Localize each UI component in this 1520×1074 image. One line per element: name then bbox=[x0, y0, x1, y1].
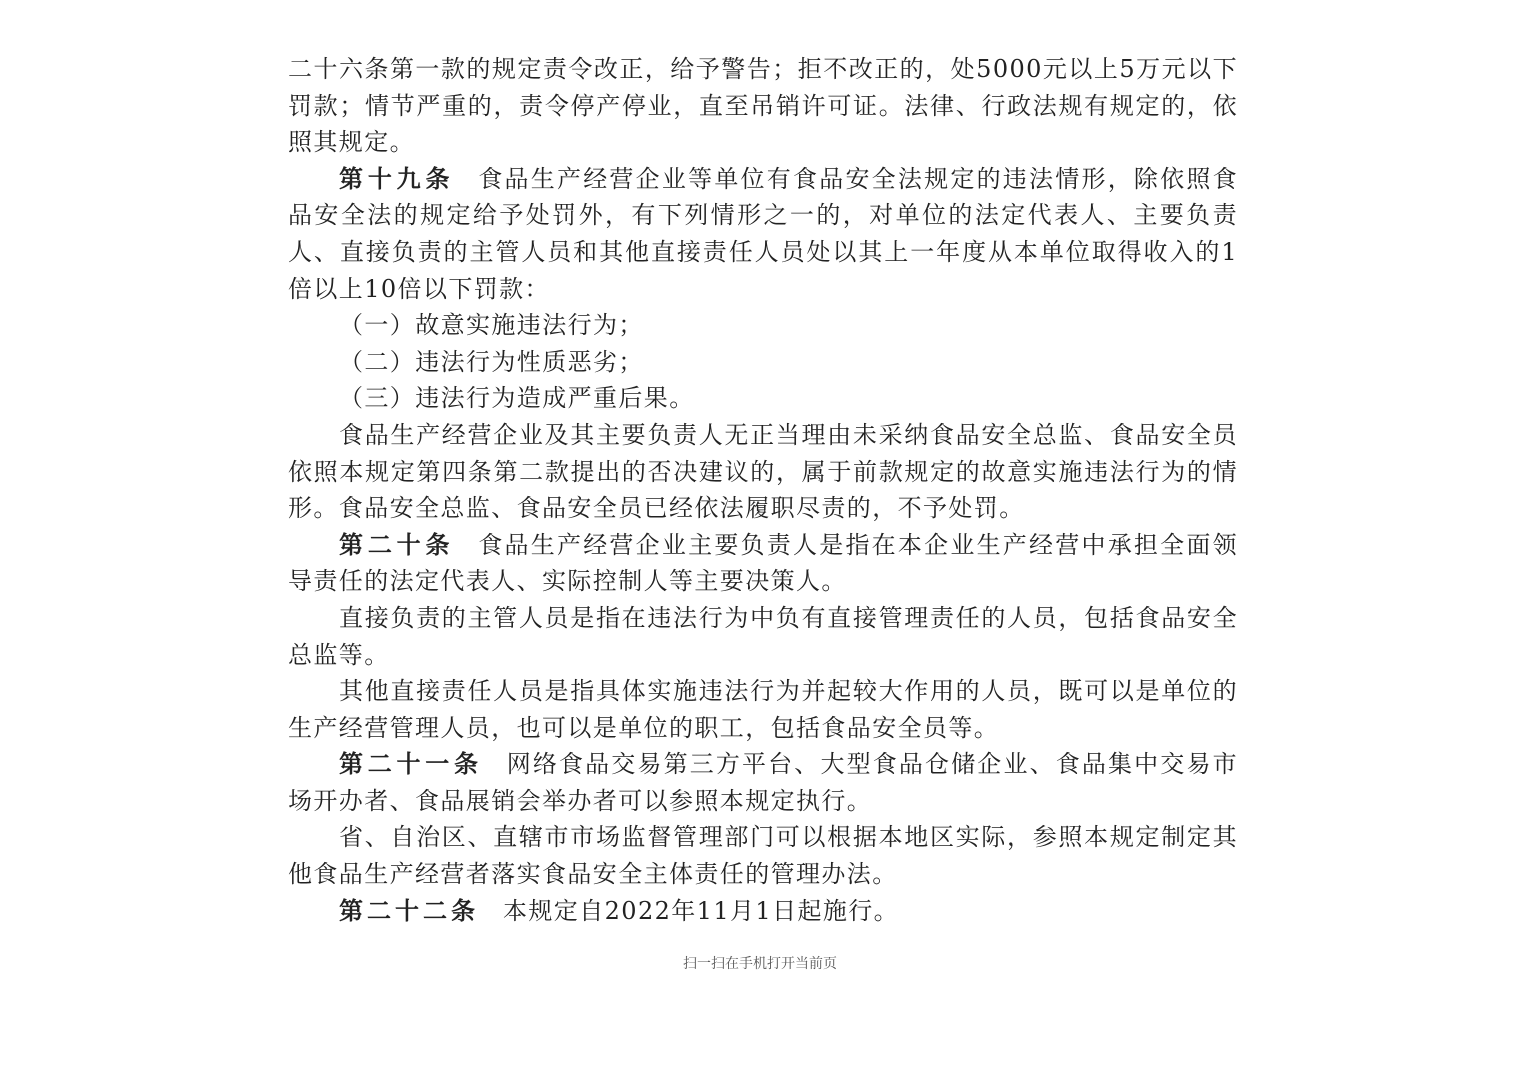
text-line: 二十六条第一款的规定责令改正，给予警告；拒不改正的，处5000元以上5万元以下 bbox=[288, 51, 1238, 88]
article-number: 第二十二条 bbox=[339, 896, 479, 925]
article-number: 第二十一条 bbox=[339, 749, 483, 778]
text-line: 倍以上10倍以下罚款： bbox=[288, 271, 1238, 308]
text-line: 第二十二条本规定自2022年11月1日起施行。 bbox=[288, 893, 1238, 930]
article-text: 网络食品交易第三方平台、大型食品仓储企业、食品集中交易市 bbox=[507, 750, 1238, 778]
text-line: 食品生产经营企业及其主要负责人无正当理由未采纳食品安全总监、食品安全员 bbox=[288, 417, 1238, 454]
document-page: 二十六条第一款的规定责令改正，给予警告；拒不改正的，处5000元以上5万元以下 … bbox=[288, 51, 1238, 929]
text-line: 第十九条食品生产经营企业等单位有食品安全法规定的违法情形，除依照食 bbox=[288, 161, 1238, 198]
paragraph-continuation: 二十六条第一款的规定责令改正，给予警告；拒不改正的，处5000元以上5万元以下 … bbox=[288, 51, 1238, 161]
text-line: 第二十一条网络食品交易第三方平台、大型食品仓储企业、食品集中交易市 bbox=[288, 746, 1238, 783]
paragraph: 食品生产经营企业及其主要负责人无正当理由未采纳食品安全总监、食品安全员 依照本规… bbox=[288, 417, 1238, 527]
text-line: 人、直接负责的主管人员和其他直接责任人员处以其上一年度从本单位取得收入的1 bbox=[288, 234, 1238, 271]
list-item: （二）违法行为性质恶劣； bbox=[288, 344, 1238, 381]
text-line: 第二十条食品生产经营企业主要负责人是指在本企业生产经营中承担全面领 bbox=[288, 527, 1238, 564]
paragraph: 直接负责的主管人员是指在违法行为中负有直接管理责任的人员，包括食品安全 总监等。 bbox=[288, 600, 1238, 673]
text-line: 总监等。 bbox=[288, 637, 1238, 674]
text-line: 生产经营管理人员，也可以是单位的职工，包括食品安全员等。 bbox=[288, 710, 1238, 747]
article-20: 第二十条食品生产经营企业主要负责人是指在本企业生产经营中承担全面领 导责任的法定… bbox=[288, 527, 1238, 600]
text-line: 场开办者、食品展销会举办者可以参照本规定执行。 bbox=[288, 783, 1238, 820]
text-line: 直接负责的主管人员是指在违法行为中负有直接管理责任的人员，包括食品安全 bbox=[288, 600, 1238, 637]
article-number: 第二十条 bbox=[339, 530, 454, 559]
text-line: 形。食品安全总监、食品安全员已经依法履职尽责的，不予处罚。 bbox=[288, 490, 1238, 527]
article-text: 本规定自2022年11月1日起施行。 bbox=[503, 897, 899, 925]
text-line: 导责任的法定代表人、实际控制人等主要决策人。 bbox=[288, 563, 1238, 600]
article-number: 第十九条 bbox=[339, 164, 454, 193]
article-19: 第十九条食品生产经营企业等单位有食品安全法规定的违法情形，除依照食 品安全法的规… bbox=[288, 161, 1238, 307]
text-line: 他食品生产经营者落实食品安全主体责任的管理办法。 bbox=[288, 856, 1238, 893]
article-text: 食品生产经营企业主要负责人是指在本企业生产经营中承担全面领 bbox=[478, 531, 1238, 559]
article-22: 第二十二条本规定自2022年11月1日起施行。 bbox=[288, 893, 1238, 930]
article-text: 食品生产经营企业等单位有食品安全法规定的违法情形，除依照食 bbox=[478, 165, 1238, 193]
text-line: 其他直接责任人员是指具体实施违法行为并起较大作用的人员，既可以是单位的 bbox=[288, 673, 1238, 710]
text-line: 依照本规定第四条第二款提出的否决建议的，属于前款规定的故意实施违法行为的情 bbox=[288, 454, 1238, 491]
article-21: 第二十一条网络食品交易第三方平台、大型食品仓储企业、食品集中交易市 场开办者、食… bbox=[288, 746, 1238, 819]
text-line: 罚款；情节严重的，责令停产停业，直至吊销许可证。法律、行政法规有规定的，依 bbox=[288, 88, 1238, 125]
paragraph: 省、自治区、直辖市市场监督管理部门可以根据本地区实际，参照本规定制定其 他食品生… bbox=[288, 819, 1238, 892]
text-line: 品安全法的规定给予处罚外，有下列情形之一的，对单位的法定代表人、主要负责 bbox=[288, 197, 1238, 234]
qr-hint-link[interactable]: 扫一扫在手机打开当前页 bbox=[0, 953, 1520, 973]
list-item: （一）故意实施违法行为； bbox=[288, 307, 1238, 344]
text-line: 照其规定。 bbox=[288, 124, 1238, 161]
paragraph: 其他直接责任人员是指具体实施违法行为并起较大作用的人员，既可以是单位的 生产经营… bbox=[288, 673, 1238, 746]
text-line: 省、自治区、直辖市市场监督管理部门可以根据本地区实际，参照本规定制定其 bbox=[288, 819, 1238, 856]
list-item: （三）违法行为造成严重后果。 bbox=[288, 380, 1238, 417]
